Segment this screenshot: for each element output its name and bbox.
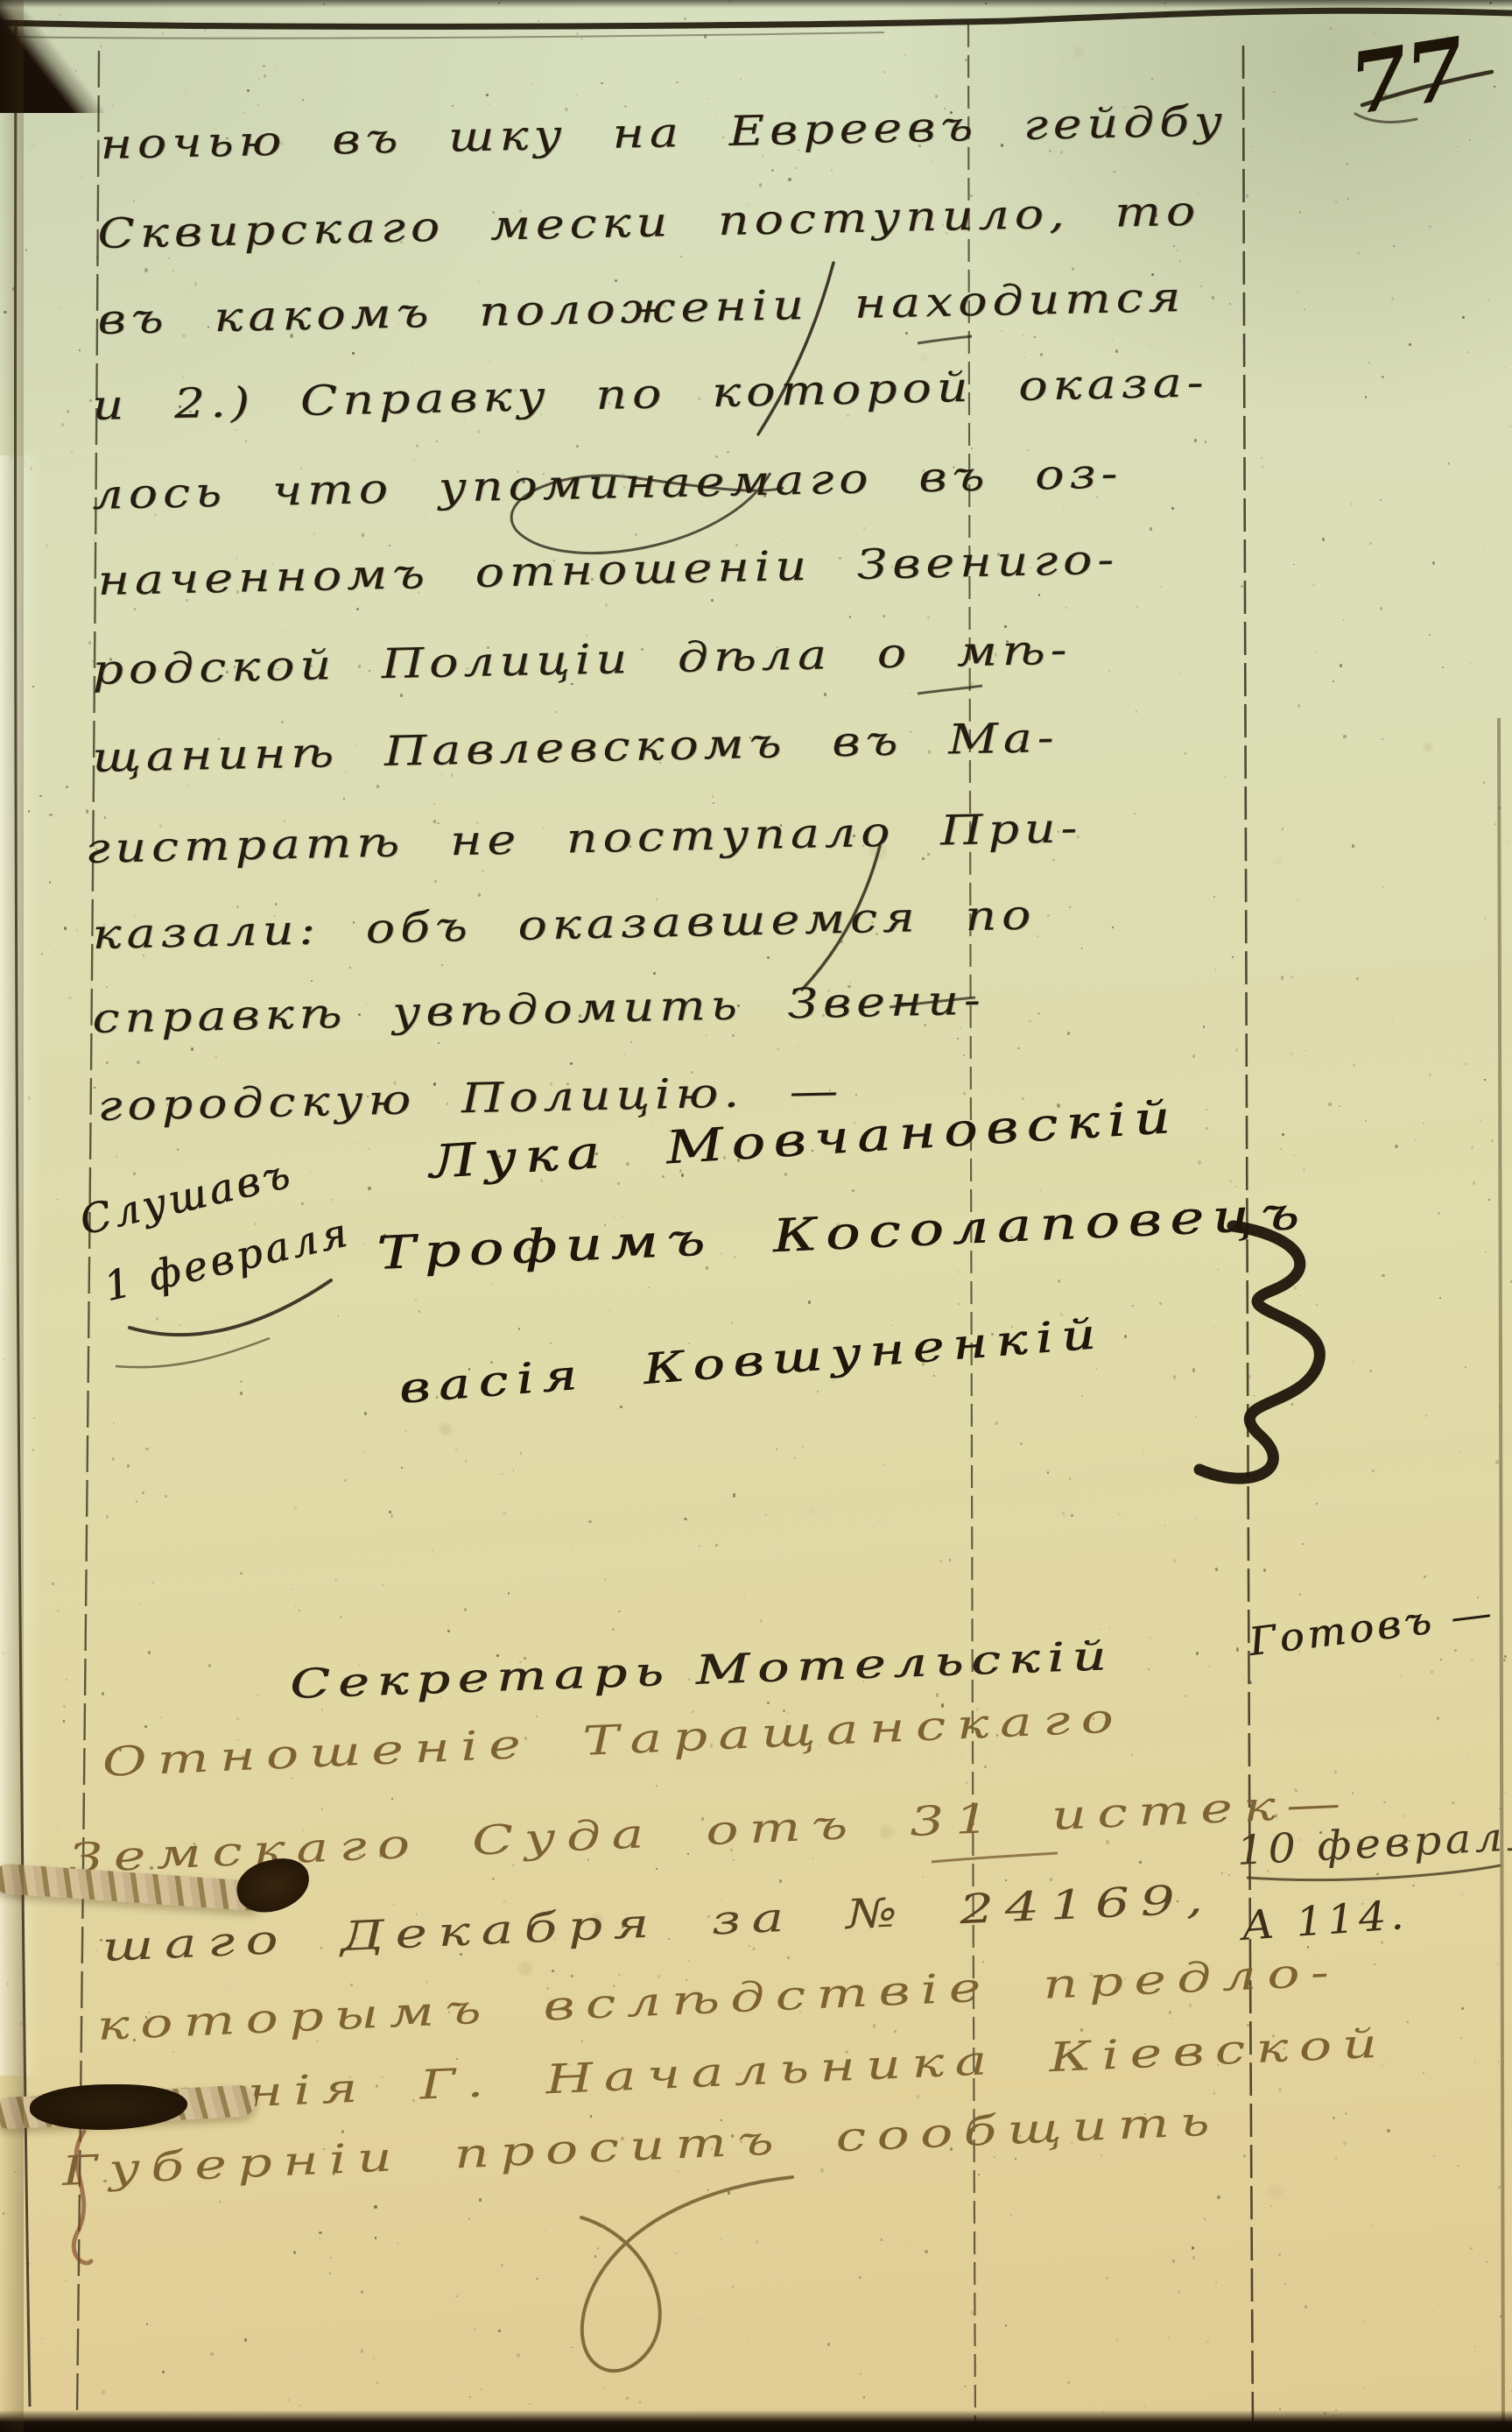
signature-ink-flourish bbox=[1199, 1226, 1319, 1478]
left-outer-rule bbox=[16, 26, 30, 2407]
margin-session-note: Слушавъ 1 февраля bbox=[75, 1139, 355, 1312]
main-text-line: и 2.) Справку по которой оказа- bbox=[92, 358, 1209, 430]
main-text-line: щанинѣ Павлевскомъ въ Ма- bbox=[92, 714, 1059, 782]
margin-note-underline bbox=[116, 1338, 270, 1367]
photo-right-edge-shadow bbox=[0, 0, 24, 2432]
main-text-line: гистратѣ не поступало При- bbox=[85, 804, 1083, 873]
thread-knot bbox=[30, 2084, 187, 2130]
main-text-line: лось что упоминаемаго въ оз- bbox=[92, 449, 1123, 519]
page-number: 77 bbox=[1343, 18, 1471, 134]
top-rule-thin bbox=[0, 32, 884, 39]
dash-after-lower-line2 bbox=[932, 1853, 1058, 1862]
main-text-line: ночью въ шку на Евреевъ гейдбу bbox=[100, 97, 1228, 169]
main-text-line: родской Полиціи дѣла о мѣ- bbox=[92, 626, 1072, 694]
right-margin-note: Готовъ — bbox=[1247, 1590, 1497, 1665]
photo-bottom-edge bbox=[0, 2410, 1512, 2432]
left-paper-highlight bbox=[0, 455, 40, 2076]
main-text-line: справкѣ увѣдомить Звени- bbox=[92, 976, 986, 1043]
top-rule-bold bbox=[0, 11, 1512, 26]
dash-after-line3 bbox=[918, 336, 972, 343]
main-text-line: въ какомъ положеніи находится bbox=[97, 273, 1186, 344]
secretary-heading: Секретарь Мотельскій bbox=[289, 1632, 1115, 1708]
right-margin-number: А 114. bbox=[1240, 1891, 1409, 1949]
bottom-pen-flourish bbox=[581, 2177, 792, 2371]
lower-text-line: Отношеніе Таращанскаго bbox=[102, 1694, 1125, 1786]
document-page: 77 ночью въ шку на Евреевъ гейдбу Сквирс… bbox=[0, 0, 1512, 2432]
dash-after-line7 bbox=[918, 686, 982, 694]
signature: васія Ковшуненкій bbox=[397, 1309, 1106, 1413]
binding-thread bbox=[0, 2074, 299, 2161]
thread-rope bbox=[0, 1863, 265, 1912]
bottom-left-dark-corner bbox=[0, 0, 105, 113]
signature: Трофимъ Косолаповецъ bbox=[376, 1188, 1308, 1280]
photo-top-edge bbox=[0, 0, 1512, 8]
binding-thread bbox=[0, 1853, 317, 1936]
main-text-line: наченномъ отношеніи Звениго- bbox=[97, 536, 1120, 605]
photo-right-edge-line bbox=[1499, 718, 1503, 2428]
main-text-line: Сквирскаго мески поступило, то bbox=[97, 187, 1201, 258]
main-text-line: казали: объ оказавшемся по bbox=[92, 891, 1037, 959]
